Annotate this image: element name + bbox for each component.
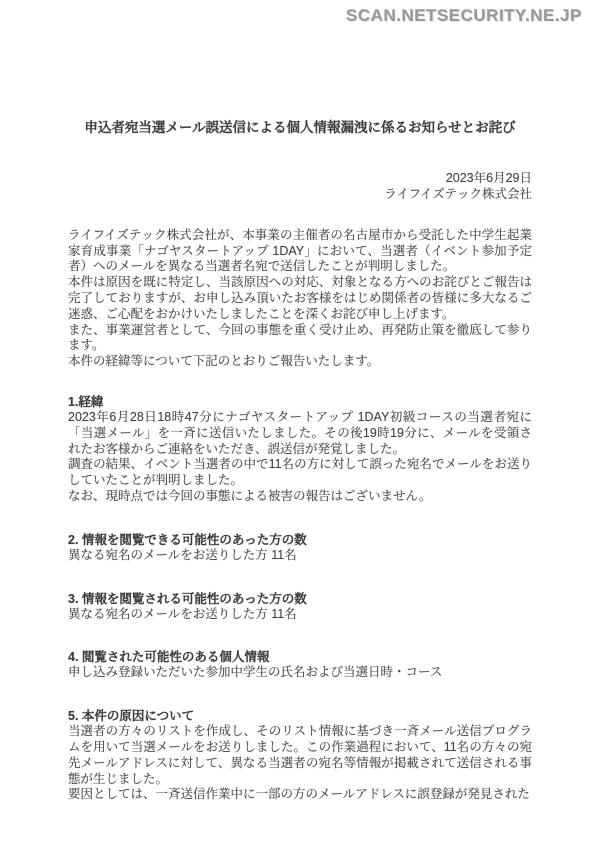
document-body: 申込者宛当選メール誤送信による個人情報漏洩に係るお知らせとお詫び 2023年6月… bbox=[68, 120, 532, 830]
section-body: 2023年6月28日18時47分にナゴヤスタートアップ 1DAY初級コースの当選… bbox=[68, 410, 532, 505]
section-body: 申し込み登録いただいた参加中学生の氏名および当選日時・コース bbox=[68, 665, 532, 681]
document-meta: 2023年6月29日 ライフイズテック株式会社 bbox=[68, 170, 532, 202]
section-cause: 5. 本件の原因について 当選者の方々のリストを作成し、そのリスト情報に基づき一… bbox=[68, 708, 532, 803]
document-date: 2023年6月29日 bbox=[68, 170, 532, 186]
section-body: 異なる宛名のメールをお送りした方 11名 bbox=[68, 548, 532, 564]
section-body: 当選者の方々のリストを作成し、そのリスト情報に基づき一斉メール送信プログラムを用… bbox=[68, 724, 532, 803]
section-heading: 4. 閲覧された可能性のある個人情報 bbox=[68, 649, 532, 665]
section-heading: 3. 情報を閲覧される可能性のあった方の数 bbox=[68, 591, 532, 607]
intro-paragraph: ライフイズテック株式会社が、本事業の主催者の名古屋市から受託した中学生起業家育成… bbox=[68, 228, 532, 370]
company-name: ライフイズテック株式会社 bbox=[68, 186, 532, 202]
section-heading: 2. 情報を閲覧できる可能性のあった方の数 bbox=[68, 532, 532, 548]
document-title: 申込者宛当選メール誤送信による個人情報漏洩に係るお知らせとお詫び bbox=[68, 120, 532, 136]
section-body: 異なる宛名のメールをお送りした方 11名 bbox=[68, 607, 532, 623]
section-personal-info: 4. 閲覧された可能性のある個人情報 申し込み登録いただいた参加中学生の氏名およ… bbox=[68, 649, 532, 681]
section-heading: 1.経緯 bbox=[68, 394, 532, 410]
section-heading: 5. 本件の原因について bbox=[68, 708, 532, 724]
section-viewed-count: 3. 情報を閲覧される可能性のあった方の数 異なる宛名のメールをお送りした方 1… bbox=[68, 591, 532, 623]
site-watermark: SCAN.NETSECURITY.NE.JP bbox=[346, 6, 582, 26]
section-keii: 1.経緯 2023年6月28日18時47分にナゴヤスタートアップ 1DAY初級コ… bbox=[68, 394, 532, 505]
scanned-document-page: SCAN.NETSECURITY.NE.JP 申込者宛当選メール誤送信による個人… bbox=[0, 0, 600, 850]
section-viewable-count: 2. 情報を閲覧できる可能性のあった方の数 異なる宛名のメールをお送りした方 1… bbox=[68, 532, 532, 564]
